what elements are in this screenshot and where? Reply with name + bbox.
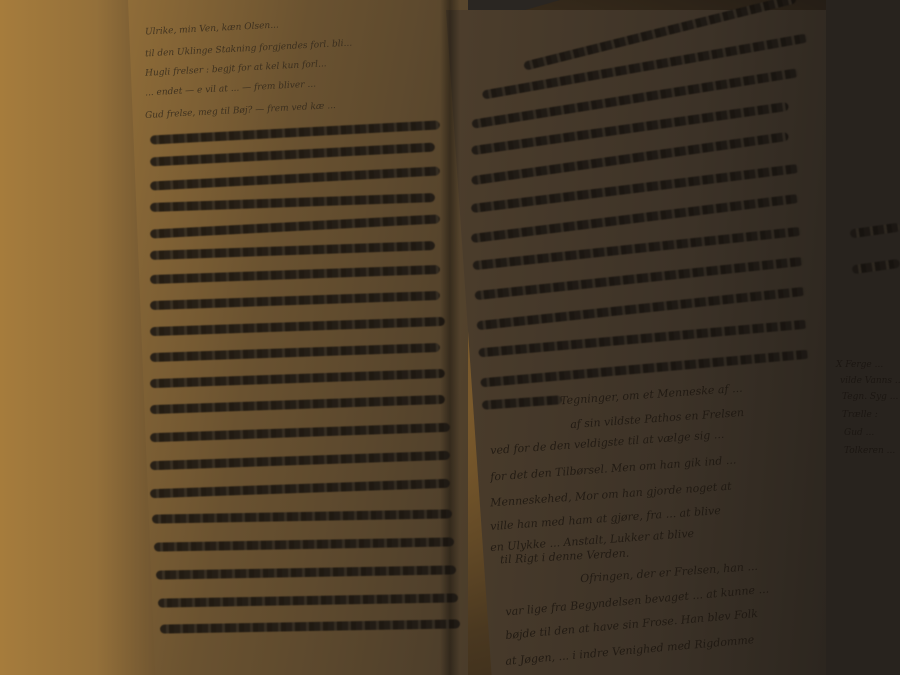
- far-right-page: [826, 0, 900, 675]
- handwritten-line: Trælle :: [842, 410, 878, 420]
- manuscript-photo: Ulrike, min Ven, kæn Olsen... til den Uk…: [0, 0, 900, 675]
- handwritten-line: Tolkeren ...: [844, 446, 895, 456]
- handwritten-line: Gud ...: [844, 428, 874, 438]
- handwritten-line: X Ferge ...: [836, 360, 883, 370]
- handwritten-line: vilde Vanns ...: [840, 376, 900, 386]
- handwritten-line: Tegn. Syg ...: [842, 392, 898, 402]
